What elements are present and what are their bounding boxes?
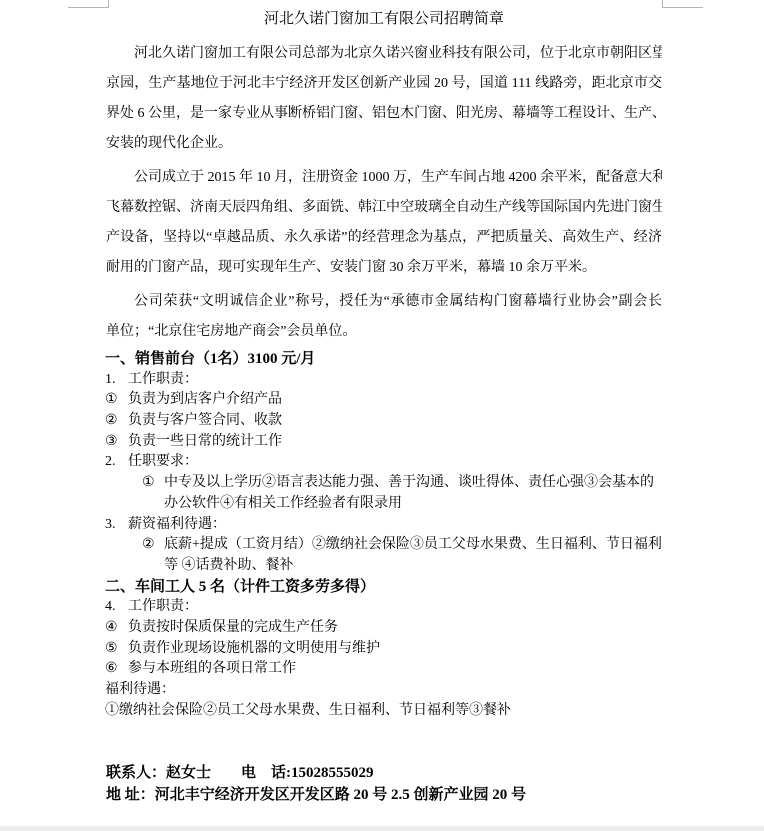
list-line: 二、车间工人 5 名（计件工资多劳多得）: [105, 577, 662, 598]
line-marker: 4.: [105, 597, 116, 618]
list-line: ①缴纳社会保险②员工父母水果费、生日福利、节日福利等③餐补: [105, 701, 662, 722]
line-text: 负责作业现场设施机器的文明使用与维护: [128, 641, 380, 656]
line-marker: ①: [142, 473, 155, 494]
line-text: 工作职责：: [128, 599, 198, 614]
line-text: 办公软件④有相关工作经验者有限录用: [164, 496, 402, 511]
list-line: ⑤ 负责作业现场设施机器的文明使用与维护: [105, 639, 662, 660]
paragraph-line: 京园，生产基地位于河北丰宁经济开发区创新产业园 20 号，国道 111 线路旁，…: [106, 69, 662, 99]
list-line: 4. 工作职责：: [105, 597, 662, 618]
crop-mark-top-left: [68, 0, 109, 8]
list-line: 1. 工作职责：: [105, 370, 662, 391]
contact-block: 联系人：赵女士 电 话:15028555029地 址：河北丰宁经济开发区开发区路…: [106, 762, 726, 806]
line-text: 中专及以上学历②语言表达能力强、善于沟通、谈吐得体、责任心强③会基本的: [164, 475, 654, 490]
line-marker: 1.: [105, 370, 116, 391]
page-title: 河北久诺门窗加工有限公司招聘简章: [106, 7, 662, 31]
crop-mark-top-right: [662, 0, 703, 8]
paragraph-line: 耐用的门窗产品，现可实现年生产、安装门窗 30 余万平米，幕墙 10 余万平米。: [106, 253, 662, 283]
line-text: 负责按时保质保量的完成生产任务: [128, 620, 338, 635]
line-text: 负责为到店客户介绍产品: [128, 392, 282, 407]
list-line: ① 负责为到店客户介绍产品: [105, 390, 662, 411]
line-text: 负责与客户签合同、收款: [128, 413, 282, 428]
paragraph-line: 安装的现代化企业。: [106, 129, 662, 159]
line-marker: ⑥: [105, 659, 118, 680]
list-line: 2. 任职要求：: [105, 452, 662, 473]
list-line: ③ 负责一些日常的统计工作: [105, 432, 662, 453]
line-text: 工作职责：: [128, 372, 198, 387]
line-text: ①缴纳社会保险②员工父母水果费、生日福利、节日福利等③餐补: [105, 703, 511, 718]
paragraph-line: 产设备，坚持以“卓越品质、永久承诺”的经营理念为基点，严把质量关、高效生产、经济: [106, 223, 662, 253]
line-marker: ④: [105, 618, 118, 639]
paragraph-line: 公司成立于 2015 年 10 月，注册资金 1000 万，生产车间占地 420…: [106, 163, 662, 193]
job-sections: 一、销售前台（1名）3100 元/月 1. 工作职责： ① 负责为到店客户介绍产…: [105, 349, 662, 721]
line-text: 等 ④话费补助、餐补: [164, 558, 294, 573]
line-marker: ⑤: [105, 639, 118, 660]
list-line: ① 中专及以上学历②语言表达能力强、善于沟通、谈吐得体、责任心强③会基本的: [105, 473, 662, 494]
list-line: 等 ④话费补助、餐补: [105, 556, 662, 577]
list-line: ⑥ 参与本班组的各项日常工作: [105, 659, 662, 680]
paragraph-line: 界处 6 公里，是一家专业从事断桥铝门窗、铝包木门窗、阳光房、幕墙等工程设计、生…: [106, 99, 662, 129]
line-text: 负责一些日常的统计工作: [128, 434, 282, 449]
line-text: 一、销售前台（1名）3100 元/月: [105, 351, 315, 367]
paragraph-line: 单位；“北京住宅房地产商会”会员单位。: [106, 317, 662, 347]
line-text: 底薪+提成（工资月结）②缴纳社会保险③员工父母水果费、生日福利、节日福利: [164, 537, 662, 552]
list-line: ② 底薪+提成（工资月结）②缴纳社会保险③员工父母水果费、生日福利、节日福利: [105, 535, 662, 556]
paragraph-line: 飞幕数控锯、济南天辰四角组、多面铣、韩江中空玻璃全自动生产线等国际国内先进门窗生: [106, 193, 662, 223]
line-text: 薪资福利待遇：: [128, 517, 226, 532]
list-line: 福利待遇：: [105, 680, 662, 701]
line-marker: ③: [105, 432, 118, 453]
line-text: 二、车间工人 5 名（计件工资多劳多得）: [105, 579, 375, 595]
line-marker: ②: [105, 411, 118, 432]
list-line: ② 负责与客户签合同、收款: [105, 411, 662, 432]
list-line: 办公软件④有相关工作经验者有限录用: [105, 494, 662, 515]
line-text: 参与本班组的各项日常工作: [128, 661, 296, 676]
paragraph-line: 公司荣获“文明诚信企业”称号，授任为“承德市金属结构门窗幕墙行业协会”副会长: [106, 287, 662, 317]
intro-paragraphs: 河北久诺门窗加工有限公司总部为北京久诺兴窗业科技有限公司，位于北京市朝阳区望京园…: [106, 39, 662, 347]
paragraph-line: 河北久诺门窗加工有限公司总部为北京久诺兴窗业科技有限公司，位于北京市朝阳区望: [106, 39, 662, 69]
line-text: 任职要求：: [128, 454, 198, 469]
list-line: 3. 薪资福利待遇：: [105, 515, 662, 536]
page-bottom-edge: [0, 826, 764, 831]
line-text: 福利待遇：: [105, 682, 175, 697]
contact-line: 地 址：河北丰宁经济开发区开发区路 20 号 2.5 创新产业园 20 号: [106, 784, 726, 806]
line-marker: ②: [142, 535, 155, 556]
line-marker: 3.: [105, 515, 116, 536]
list-line: 一、销售前台（1名）3100 元/月: [105, 349, 662, 370]
list-line: ④ 负责按时保质保量的完成生产任务: [105, 618, 662, 639]
document-page: 河北久诺门窗加工有限公司招聘简章 河北久诺门窗加工有限公司总部为北京久诺兴窗业科…: [0, 0, 764, 831]
line-marker: 2.: [105, 452, 116, 473]
contact-line: 联系人：赵女士 电 话:15028555029: [106, 762, 726, 784]
line-marker: ①: [105, 390, 118, 411]
